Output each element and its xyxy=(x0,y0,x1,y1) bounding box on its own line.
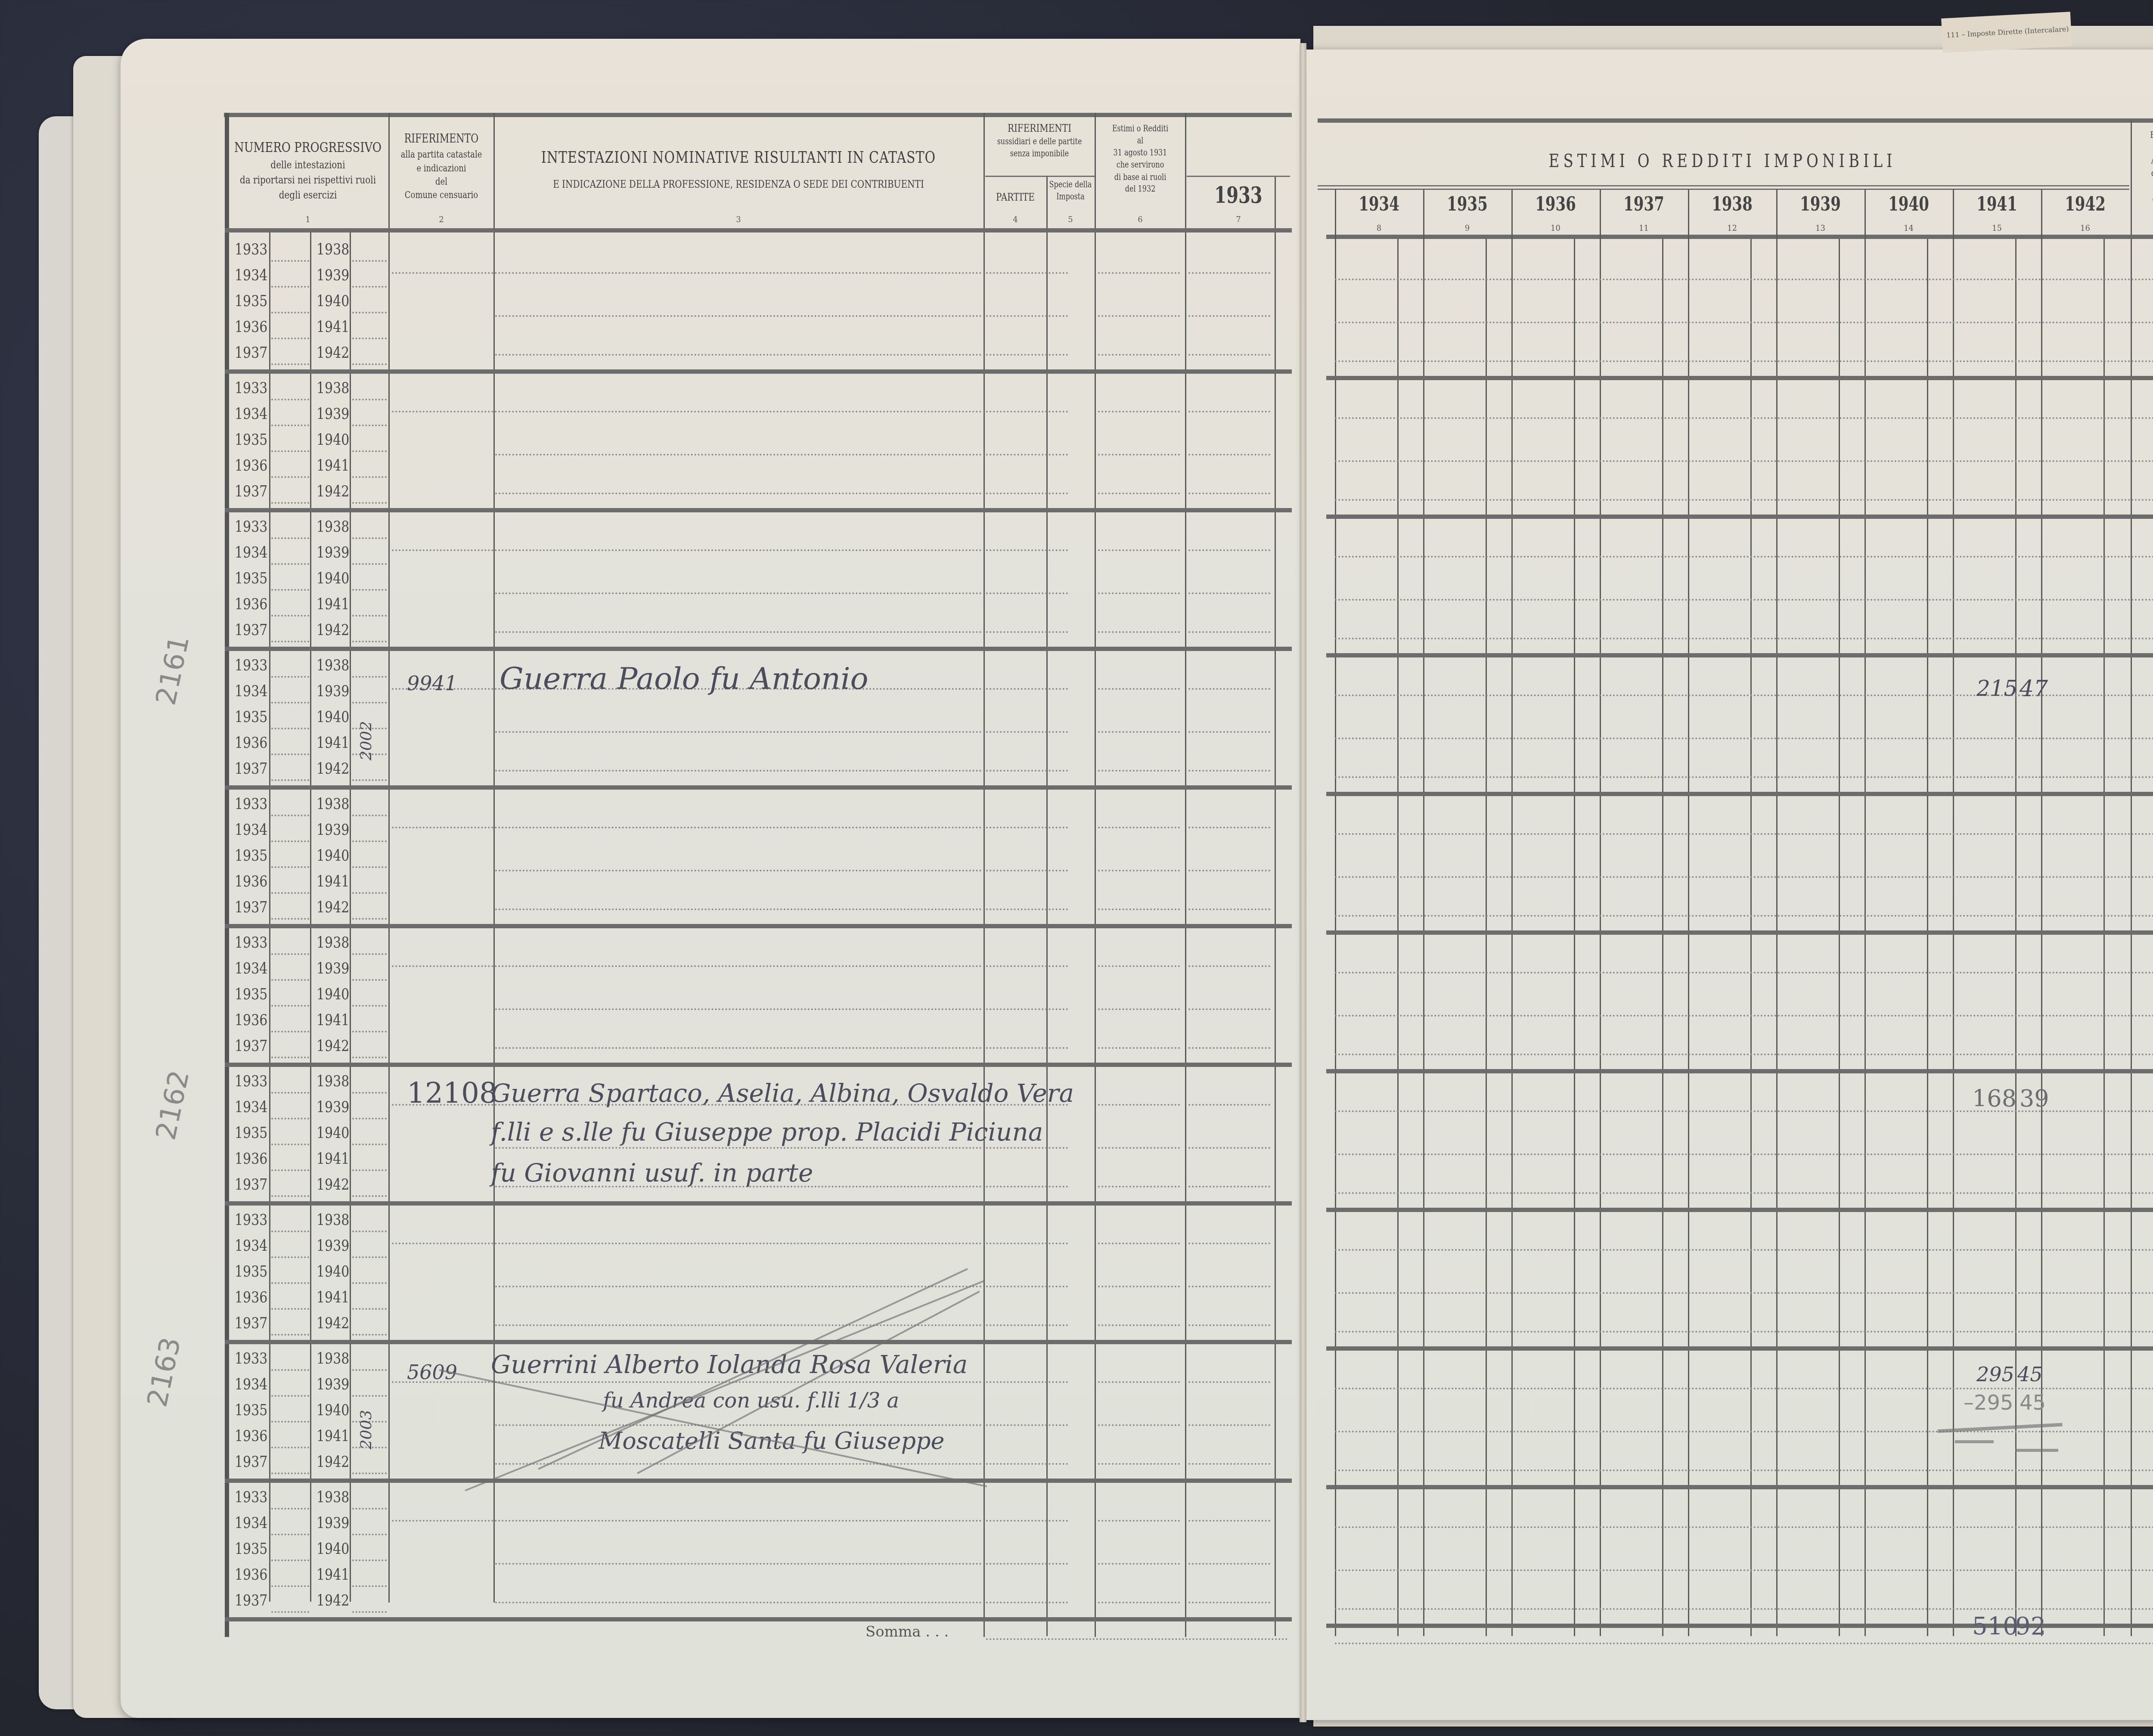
year-header-1941: 1941 xyxy=(1953,193,2041,216)
block-year-right: 1941 xyxy=(316,1150,349,1168)
total-1941-cent: 92 xyxy=(2015,1612,2046,1640)
year-dotted-line xyxy=(352,1144,387,1145)
block-year-left: 1936 xyxy=(235,1427,267,1445)
block-year-left: 1937 xyxy=(235,344,267,362)
year-dotted-line xyxy=(352,363,387,365)
year-col-sep xyxy=(1511,189,1513,1636)
col4-5-line: sussidiari e delle partite xyxy=(985,136,1094,148)
year-dotted-line xyxy=(271,1005,309,1007)
ref-dotted-line xyxy=(1098,1324,1180,1326)
col5-number: 5 xyxy=(1049,215,1092,224)
year-dotted-line xyxy=(352,286,387,288)
ref-dotted-line xyxy=(986,1424,1068,1426)
year-dotted-line xyxy=(271,1231,309,1232)
ref-dotted-line xyxy=(1098,1047,1180,1049)
block-year-right: 1942 xyxy=(316,1592,349,1610)
ref-dotted-line xyxy=(986,1243,1068,1244)
block-year-right: 1939 xyxy=(316,1237,349,1255)
block-year-left: 1936 xyxy=(235,1566,267,1584)
block-year-left: 1935 xyxy=(235,431,267,449)
year-dotted-line xyxy=(352,1508,387,1510)
income-1941-lire: 215 xyxy=(1976,676,2017,701)
block-year-left: 1934 xyxy=(235,682,267,701)
ref-dotted-line xyxy=(1188,1563,1270,1565)
year-dotted-line xyxy=(352,537,387,539)
block-year-right: 1942 xyxy=(316,344,349,362)
block-year-right: 1940 xyxy=(316,1540,349,1558)
block-year-left: 1933 xyxy=(235,657,267,675)
col-sep-3 xyxy=(983,113,985,1637)
year-dotted-line xyxy=(352,338,387,339)
ref-dotted-line xyxy=(1188,315,1270,317)
ref-dotted-line xyxy=(986,1520,1068,1522)
block-year-left: 1935 xyxy=(235,1124,267,1142)
year-dotted-line xyxy=(271,779,309,781)
ref-dotted-line xyxy=(1188,493,1270,494)
right-top-border xyxy=(1318,118,2153,123)
block-year-right: 1939 xyxy=(316,405,349,423)
entry-dotted-line xyxy=(495,1147,982,1149)
block-year-right: 1941 xyxy=(316,1566,349,1584)
amount-dotted-line xyxy=(1335,556,2153,558)
income-1941-lire: 168 xyxy=(1972,1085,2016,1112)
year-dotted-line xyxy=(352,1308,387,1310)
entry-dotted-line xyxy=(495,454,982,456)
ref-dotted-line xyxy=(986,1286,1068,1287)
block-year-left: 1933 xyxy=(235,1073,267,1091)
block-year-right: 1938 xyxy=(316,795,349,813)
block-year-right: 1939 xyxy=(316,544,349,562)
block-separator xyxy=(1326,930,2153,935)
entry-dotted-line xyxy=(392,827,982,828)
col-sep-2 xyxy=(493,113,495,1603)
year-dotted-line xyxy=(271,1334,309,1336)
ref-dotted-line xyxy=(1098,688,1180,690)
entry-name-line: f.lli e s.lle fu Giuseppe prop. Placidi … xyxy=(491,1117,1043,1147)
book-spine xyxy=(1300,43,1306,1722)
block-year-left: 1935 xyxy=(235,1401,267,1420)
ref-dotted-line xyxy=(986,1147,1068,1149)
ref-dotted-line xyxy=(986,908,1068,910)
ref-dotted-line xyxy=(1188,965,1270,967)
block-year-right: 1939 xyxy=(316,1376,349,1394)
year-col-number: 15 xyxy=(1953,224,2041,233)
year-dotted-line xyxy=(271,1447,309,1448)
table-top-border xyxy=(224,113,1292,117)
year-dotted-line xyxy=(271,1031,309,1032)
amount-dotted-line xyxy=(1335,738,2153,739)
cent-col-sep xyxy=(1750,239,1752,1636)
block-year-right: 1938 xyxy=(316,1350,349,1368)
cent-col-sep xyxy=(1486,239,1487,1636)
block-year-left: 1935 xyxy=(235,847,267,865)
ref-dotted-line xyxy=(1098,1286,1180,1287)
partita-number: 12108 xyxy=(407,1076,497,1110)
block-year-left: 1937 xyxy=(235,1453,267,1471)
block-year-right: 1939 xyxy=(316,1514,349,1532)
entry-dotted-line xyxy=(392,549,982,551)
exemptions-title: ESENZIONI xyxy=(2132,129,2153,142)
income-1941-lire: 295 xyxy=(1976,1363,2014,1386)
somma-dotted-line xyxy=(986,1638,1287,1640)
block-year-left: 1936 xyxy=(235,1011,267,1029)
block-year-left: 1934 xyxy=(235,821,267,839)
year-dotted-line xyxy=(271,1057,309,1058)
ref-dotted-line xyxy=(986,493,1068,494)
block-year-left: 1934 xyxy=(235,405,267,423)
ref-dotted-line xyxy=(1188,770,1270,772)
ref-dotted-line xyxy=(1188,1602,1270,1603)
entry-dotted-line xyxy=(495,354,982,356)
block-year-left: 1937 xyxy=(235,621,267,639)
block-year-right: 1941 xyxy=(316,595,349,614)
right-header-bottom xyxy=(1326,235,2153,239)
year-col-number: 11 xyxy=(1600,224,1688,233)
amount-dotted-line xyxy=(1335,972,2153,973)
amount-dotted-line xyxy=(1335,1331,2153,1333)
col4-5-line: senza imponibile xyxy=(985,148,1094,160)
ref-dotted-line xyxy=(1188,870,1270,871)
block-year-left: 1936 xyxy=(235,595,267,614)
left-page xyxy=(121,39,1300,1718)
ref-dotted-line xyxy=(986,1563,1068,1565)
ref-dotted-line xyxy=(1098,1147,1180,1149)
col3-number: 3 xyxy=(495,215,982,224)
block-separator xyxy=(225,785,1292,790)
ref-dotted-line xyxy=(986,1324,1068,1326)
ref-dotted-line xyxy=(986,1186,1068,1187)
amount-dotted-line xyxy=(1335,1054,2153,1055)
block-year-right: 1939 xyxy=(316,821,349,839)
amount-dotted-line xyxy=(1335,776,2153,778)
year-dotted-line xyxy=(271,476,309,478)
estimi-title: ESTIMI O REDDITI IMPONIBILI xyxy=(1318,149,2127,174)
year-dotted-line xyxy=(352,1031,387,1032)
year-dotted-line xyxy=(352,641,387,642)
ref-dotted-line xyxy=(986,731,1068,733)
year-dotted-line xyxy=(352,979,387,981)
ref-dotted-line xyxy=(1098,1381,1180,1383)
block-year-right: 1938 xyxy=(316,379,349,397)
block-year-right: 1940 xyxy=(316,1401,349,1420)
ref-dotted-line xyxy=(1188,908,1270,910)
ref-dotted-line xyxy=(986,1047,1068,1049)
entry-dotted-line xyxy=(495,1324,982,1326)
block-year-right: 1939 xyxy=(316,267,349,285)
year-dotted-line xyxy=(352,312,387,313)
year-dotted-line xyxy=(271,563,309,565)
exemptions-line: e scadenze xyxy=(2132,193,2153,206)
block-year-left: 1934 xyxy=(235,1514,267,1532)
year-col-number: 16 xyxy=(2041,224,2129,233)
side-number: 2002 xyxy=(357,721,375,761)
ref-dotted-line xyxy=(1188,454,1270,456)
block-year-right: 1940 xyxy=(316,986,349,1004)
block-year-left: 1937 xyxy=(235,1037,267,1055)
exemptions-header: ESENZIONI — Ammontare degli estimi o red… xyxy=(2132,129,2153,206)
year-dotted-line xyxy=(271,815,309,816)
ref-dotted-line xyxy=(1188,1186,1270,1187)
underlying-page-tab: 111 – Imposte Dirette (Intercalare) xyxy=(1941,12,2072,53)
year-dotted-line xyxy=(352,1092,387,1094)
entry-dotted-line xyxy=(495,1008,982,1010)
year-col-number: 10 xyxy=(1511,224,1600,233)
entry-dotted-line xyxy=(495,1602,982,1603)
col3-subtitle: E INDICAZIONE DELLA PROFESSIONE, RESIDEN… xyxy=(495,177,982,192)
amount-dotted-line xyxy=(1335,1469,2153,1471)
col2-line: del xyxy=(390,175,493,188)
block-year-left: 1934 xyxy=(235,1237,267,1255)
col-sep-4 xyxy=(1046,177,1048,1636)
entry-dotted-line xyxy=(392,1520,982,1522)
ref-dotted-line xyxy=(986,354,1068,356)
ref-dotted-line xyxy=(1098,965,1180,967)
year-dotted-line xyxy=(271,502,309,504)
year-dotted-line xyxy=(271,753,309,755)
block-year-left: 1937 xyxy=(235,1592,267,1610)
ref-dotted-line xyxy=(1098,493,1180,494)
year-dotted-line xyxy=(271,641,309,642)
year-dotted-line xyxy=(352,1256,387,1258)
entry-dotted-line xyxy=(495,592,982,594)
col1-header: NUMERO PROGRESSIVO delle intestazioni da… xyxy=(228,138,388,202)
col6-line: del 1932 xyxy=(1096,183,1184,195)
col1-line: delle intestazioni xyxy=(228,157,388,172)
block-year-left: 1933 xyxy=(235,518,267,536)
block-year-left: 1937 xyxy=(235,760,267,778)
entry-dotted-line xyxy=(495,1563,982,1565)
ref-dotted-line xyxy=(1098,870,1180,871)
col-sep-5 xyxy=(1095,113,1096,1637)
block-year-right: 1938 xyxy=(316,1488,349,1507)
block-year-right: 1942 xyxy=(316,1176,349,1194)
ref-dotted-line xyxy=(1098,1563,1180,1565)
col-sep-1 xyxy=(388,113,390,1603)
block-year-right: 1940 xyxy=(316,847,349,865)
col3-title: INTESTAZIONI NOMINATIVE RISULTANTI IN CA… xyxy=(495,146,982,169)
year-dotted-line xyxy=(271,918,309,920)
block-year-right: 1939 xyxy=(316,960,349,978)
entry-dotted-line xyxy=(495,908,982,910)
year-dotted-line xyxy=(271,260,309,262)
year-dotted-line xyxy=(352,1395,387,1397)
ref-dotted-line xyxy=(1188,1424,1270,1426)
ref-dotted-line xyxy=(986,870,1068,871)
block-year-right: 1941 xyxy=(316,1427,349,1445)
entry-dotted-line xyxy=(495,731,982,733)
ref-dotted-line xyxy=(986,1008,1068,1010)
ref-dotted-line xyxy=(986,454,1068,456)
amount-dotted-line xyxy=(1335,833,2153,835)
year-dotted-line xyxy=(352,1005,387,1007)
entry-dotted-line xyxy=(392,272,982,274)
year-header-1936: 1936 xyxy=(1511,193,1600,216)
ref-dotted-line xyxy=(1188,1047,1270,1049)
entry-name-line: Guerra Spartaco, Aselia, Albina, Osvaldo… xyxy=(491,1079,1074,1108)
ref-dotted-line xyxy=(1098,1520,1180,1522)
ref-dotted-line xyxy=(986,631,1068,633)
exemptions-line: — xyxy=(2132,142,2153,155)
year-dotted-line xyxy=(352,1282,387,1284)
year-dotted-line xyxy=(271,1611,309,1613)
block-year-right: 1940 xyxy=(316,292,349,310)
year-dotted-line xyxy=(352,918,387,920)
year-col-number: 12 xyxy=(1688,224,1776,233)
block-year-right: 1938 xyxy=(316,1211,349,1229)
ref-dotted-line xyxy=(1188,1147,1270,1149)
income-1941-pencil-lire: –295 xyxy=(1964,1391,2013,1415)
year-dotted-line xyxy=(352,425,387,426)
block-year-right: 1942 xyxy=(316,1453,349,1471)
cent-col-sep xyxy=(1662,239,1663,1636)
ref-dotted-line xyxy=(986,592,1068,594)
year-dotted-line xyxy=(271,1421,309,1423)
year-dotted-line xyxy=(271,979,309,981)
entry-dotted-line xyxy=(495,1463,982,1465)
somma-label: Somma . . . xyxy=(866,1623,949,1640)
ref-dotted-line xyxy=(1188,354,1270,356)
ref-dotted-line xyxy=(1098,1186,1180,1187)
block-year-left: 1933 xyxy=(235,1350,267,1368)
year-dotted-line xyxy=(352,399,387,400)
cent-col-sep xyxy=(1839,239,1840,1636)
year-dotted-line xyxy=(271,286,309,288)
year-dotted-line xyxy=(271,450,309,452)
header-bottom-border xyxy=(225,228,1292,232)
col6-line: 31 agosto 1931 xyxy=(1096,147,1184,159)
amount-dotted-line xyxy=(1335,1015,2153,1017)
exemptions-number: 17 xyxy=(2132,224,2153,233)
block-year-left: 1933 xyxy=(235,795,267,813)
year-dotted-line xyxy=(352,702,387,704)
block-year-right: 1940 xyxy=(316,1263,349,1281)
amount-dotted-line xyxy=(1335,1249,2153,1251)
block-separator xyxy=(1326,653,2153,657)
amount-dotted-line xyxy=(1335,499,2153,501)
block-year-left: 1933 xyxy=(235,1488,267,1507)
block-separator xyxy=(225,1063,1292,1067)
year-dotted-line xyxy=(271,615,309,617)
ref-dotted-line xyxy=(1098,411,1180,412)
col4-label: PARTITE xyxy=(985,189,1045,205)
block-separator xyxy=(225,924,1292,928)
amount-dotted-line xyxy=(1335,1569,2153,1571)
block-separator xyxy=(1326,1346,2153,1351)
block-year-right: 1942 xyxy=(316,1037,349,1055)
year-dotted-line xyxy=(352,1559,387,1561)
block-year-left: 1937 xyxy=(235,899,267,917)
ref-dotted-line xyxy=(1098,454,1180,456)
year-dotted-line xyxy=(352,1169,387,1171)
block-year-right: 1938 xyxy=(316,1073,349,1091)
block-year-right: 1941 xyxy=(316,1011,349,1029)
col6-line: di base ai ruoli xyxy=(1096,171,1184,183)
entry-name-line: Guerra Paolo fu Antonio xyxy=(499,661,869,696)
year-dotted-line xyxy=(271,312,309,313)
col2-line: Comune censuario xyxy=(390,189,493,202)
ref-dotted-line xyxy=(1188,549,1270,551)
block-year-left: 1936 xyxy=(235,873,267,891)
col4-5-sub-divider xyxy=(985,176,1095,177)
table-left-border xyxy=(225,113,229,1637)
amount-dotted-line xyxy=(1335,915,2153,917)
block-year-left: 1937 xyxy=(235,1176,267,1194)
col1-line: da riportarsi nei rispettivi ruoli xyxy=(228,172,388,187)
block-year-left: 1935 xyxy=(235,986,267,1004)
block-year-left: 1936 xyxy=(235,457,267,475)
amount-dotted-line xyxy=(1335,1388,2153,1389)
ref-dotted-line xyxy=(1188,272,1270,274)
year-dotted-line xyxy=(271,1256,309,1258)
block-separator xyxy=(1326,376,2153,380)
amount-dotted-line xyxy=(1335,638,2153,639)
ref-dotted-line xyxy=(986,411,1068,412)
year-dotted-line xyxy=(352,1334,387,1336)
block-separator xyxy=(225,1479,1292,1483)
year-dotted-line xyxy=(352,1585,387,1587)
col7-sub-divider xyxy=(1187,176,1290,177)
ref-dotted-line xyxy=(1098,827,1180,828)
ref-dotted-line xyxy=(1098,354,1180,356)
entry-dotted-line xyxy=(495,493,982,494)
ref-dotted-line xyxy=(986,1463,1068,1465)
year-dotted-line xyxy=(352,476,387,478)
entry-name-line: fu Giovanni usuf. in parte xyxy=(491,1158,813,1187)
side-number: 2003 xyxy=(357,1410,375,1450)
year-dotted-line xyxy=(271,702,309,704)
ref-dotted-line xyxy=(1188,592,1270,594)
year-col-sep-c xyxy=(350,232,351,1602)
ref-dotted-line xyxy=(1098,1602,1180,1603)
ref-dotted-line xyxy=(1098,631,1180,633)
col2-header: RIFERIMENTO alla partita catastale e ind… xyxy=(390,131,493,202)
entry-dotted-line xyxy=(392,965,982,967)
year-dotted-line xyxy=(271,1169,309,1171)
ref-dotted-line xyxy=(1188,411,1270,412)
ref-dotted-line xyxy=(1098,1008,1180,1010)
ref-dotted-line xyxy=(1188,1008,1270,1010)
col2-line: alla partita catastale xyxy=(390,148,493,161)
years-top-divider xyxy=(1318,185,2129,186)
col-sep-7 xyxy=(1275,177,1276,1636)
ref-dotted-line xyxy=(1098,1424,1180,1426)
year-dotted-line xyxy=(352,589,387,591)
year-header-1937: 1937 xyxy=(1600,193,1688,216)
year-dotted-line xyxy=(352,779,387,781)
year-dotted-line xyxy=(352,563,387,565)
block-year-left: 1935 xyxy=(235,1263,267,1281)
entry-dotted-line xyxy=(495,1286,982,1287)
ref-dotted-line xyxy=(1188,731,1270,733)
block-year-right: 1938 xyxy=(316,657,349,675)
ref-dotted-line xyxy=(1098,770,1180,772)
block-year-left: 1933 xyxy=(235,934,267,952)
col6-header: Estimi o Redditi al 31 agosto 1931 che s… xyxy=(1096,123,1184,195)
col1-number: 1 xyxy=(228,215,388,224)
block-separator xyxy=(225,1201,1292,1206)
year-dotted-line xyxy=(271,1092,309,1094)
year-dotted-line xyxy=(271,363,309,365)
block-year-left: 1936 xyxy=(235,1150,267,1168)
year-dotted-line xyxy=(352,1231,387,1232)
year-dotted-line xyxy=(352,502,387,504)
block-year-right: 1938 xyxy=(316,518,349,536)
ref-dotted-line xyxy=(1188,1286,1270,1287)
amount-dotted-line xyxy=(1335,460,2153,462)
block-year-left: 1936 xyxy=(235,734,267,752)
income-1941-cent: 45 xyxy=(2017,1363,2043,1386)
year-col-sep-a xyxy=(269,232,270,1602)
